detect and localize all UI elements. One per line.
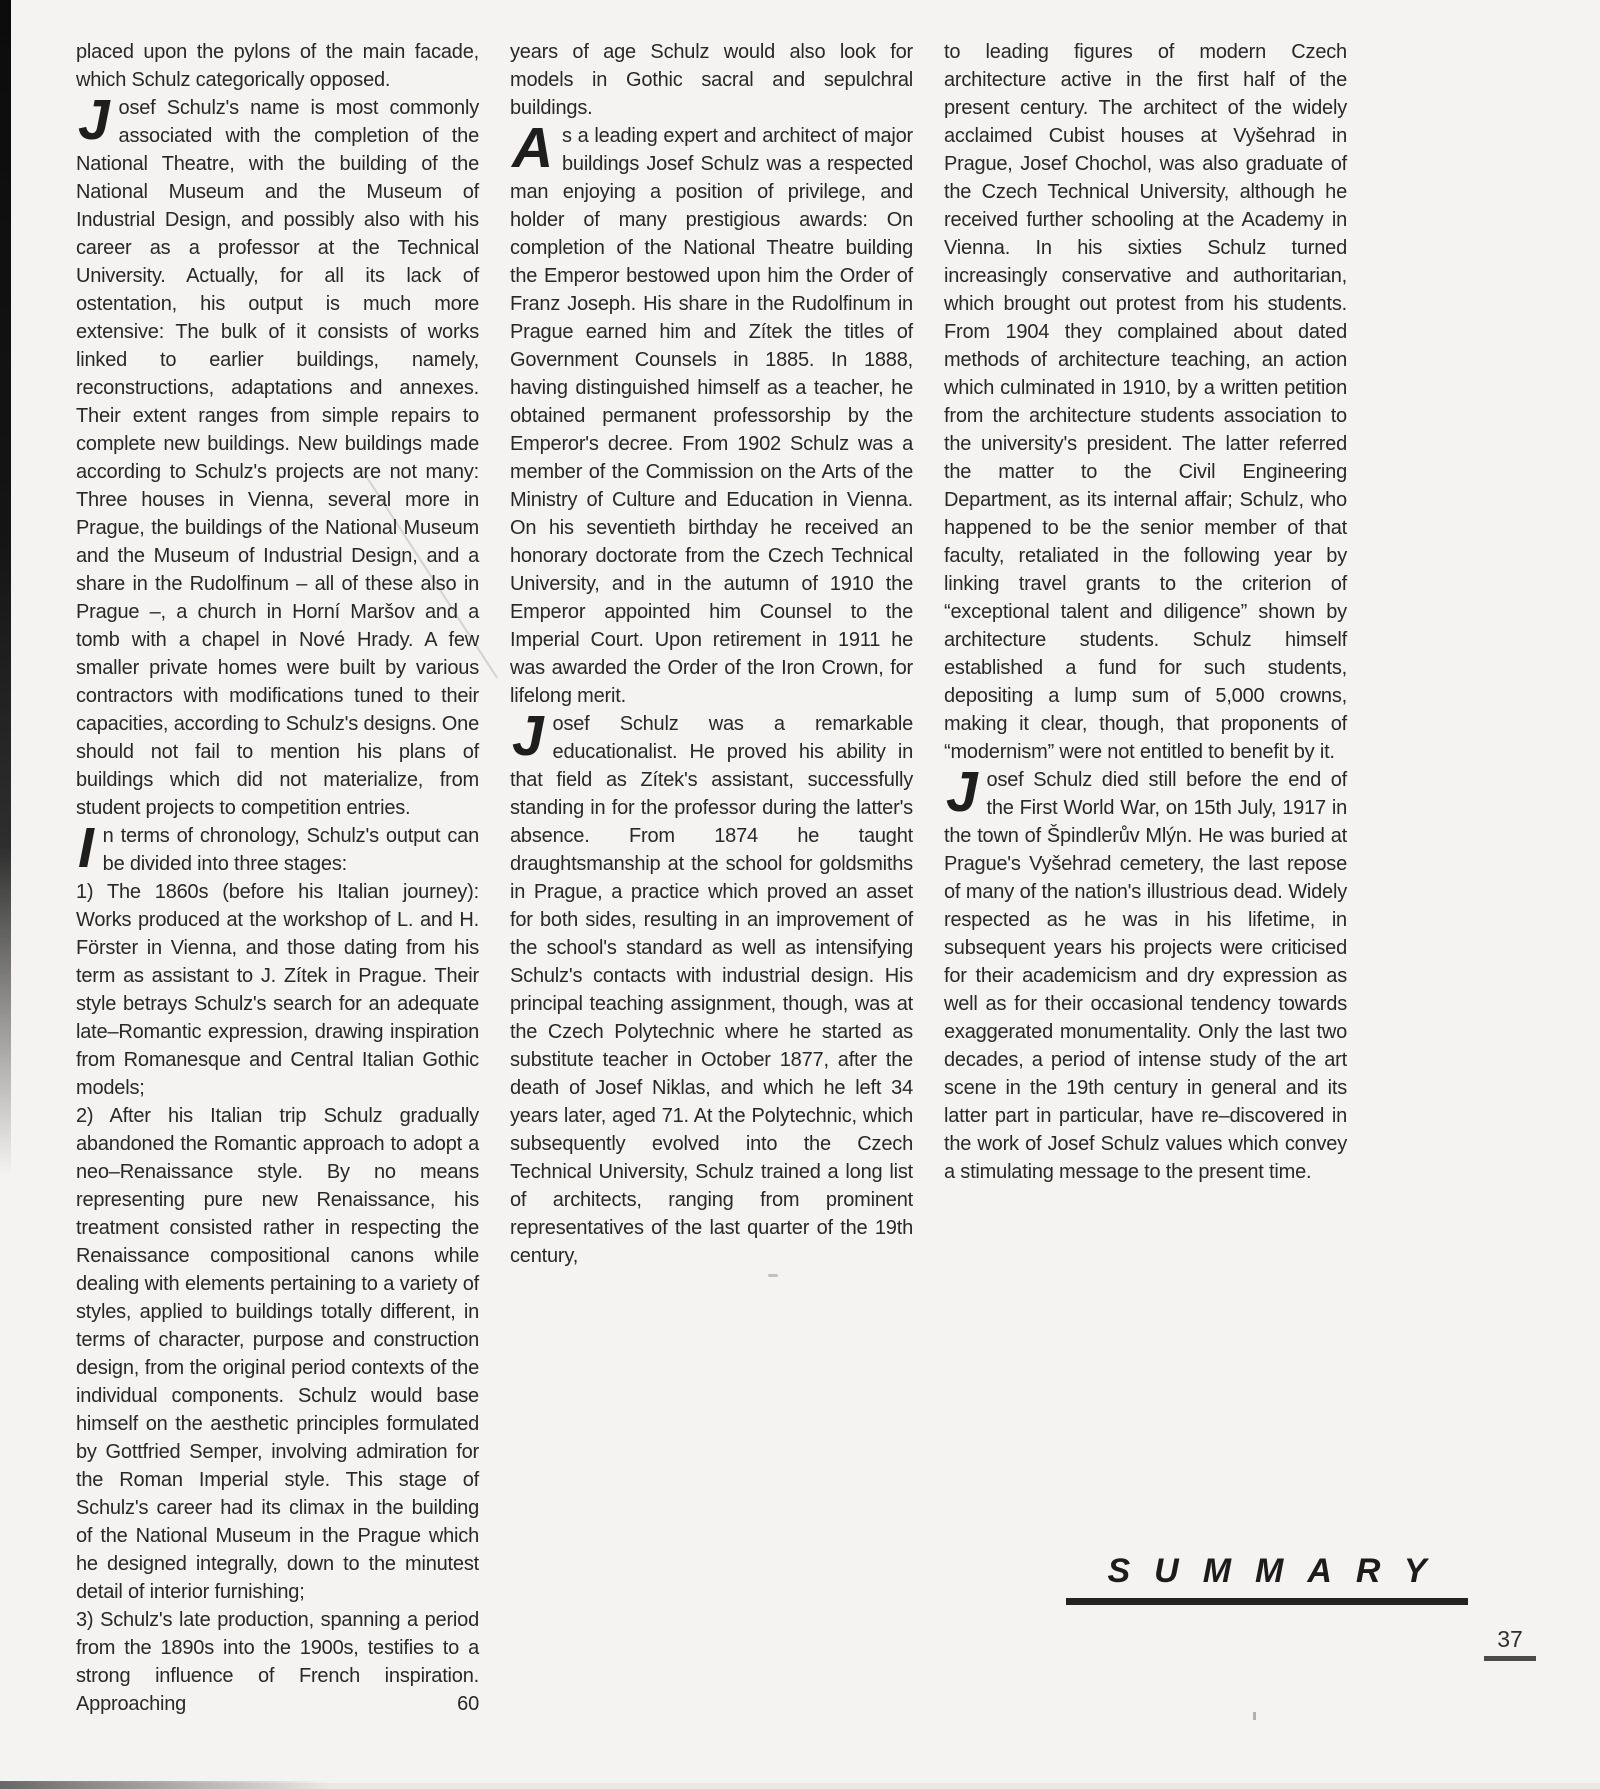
paragraph: Josef Schulz was a remarkable educationa…: [510, 710, 913, 1270]
dropcap-initial: A: [510, 122, 562, 174]
paragraph-continuation: to leading figures of modern Czech archi…: [944, 38, 1347, 766]
scanned-document-page: placed upon the pylons of the main facad…: [0, 0, 1600, 1789]
scan-artifact-speck: [1253, 1712, 1256, 1720]
column-2: years of age Schulz would also look for …: [510, 38, 913, 1718]
summary-rule: [1066, 1598, 1468, 1605]
paragraph: In terms of chronology, Schulz's output …: [76, 822, 479, 878]
article-columns: placed upon the pylons of the main facad…: [76, 38, 1347, 1718]
column-1: placed upon the pylons of the main facad…: [76, 38, 479, 1718]
paragraph-text: osef Schulz died still before the end of…: [944, 769, 1347, 1183]
paragraph-list-item-1: 1) The 1860s (before his Italian journey…: [76, 878, 479, 1102]
paragraph: As a leading expert and architect of maj…: [510, 122, 913, 710]
paragraph-list-item-3: 3) Schulz's late production, spanning a …: [76, 1606, 479, 1718]
paragraph: Josef Schulz's name is most commonly ass…: [76, 94, 479, 822]
paragraph-continuation: placed upon the pylons of the main facad…: [76, 38, 479, 94]
scan-artifact-left-edge: [0, 0, 11, 1175]
scan-artifact-bottom-left-streak: [0, 1781, 330, 1789]
dropcap-initial: I: [76, 822, 103, 874]
paragraph-continuation: years of age Schulz would also look for …: [510, 38, 913, 122]
paragraph-text: osef Schulz was a remarkable educational…: [510, 713, 913, 1267]
column-3: to leading figures of modern Czech archi…: [944, 38, 1347, 1718]
paragraph-text: osef Schulz's name is most commonly asso…: [76, 97, 479, 819]
paragraph-text: n terms of chronology, Schulz's output c…: [103, 825, 479, 875]
paragraph-text: s a leading expert and architect of majo…: [510, 125, 913, 707]
summary-section: SUMMARY: [1066, 1552, 1468, 1605]
scan-artifact-speck: [768, 1274, 778, 1277]
dropcap-initial: J: [76, 94, 119, 146]
paragraph: Josef Schulz died still before the end o…: [944, 766, 1347, 1186]
dropcap-initial: J: [944, 766, 987, 818]
dropcap-initial: J: [510, 710, 553, 762]
page-number-block: 37: [1484, 1626, 1536, 1661]
page-number-underline: [1484, 1656, 1536, 1661]
paragraph-list-item-2: 2) After his Italian trip Schulz gradual…: [76, 1102, 479, 1606]
page-number: 37: [1484, 1626, 1536, 1653]
summary-heading: SUMMARY: [1066, 1552, 1468, 1591]
